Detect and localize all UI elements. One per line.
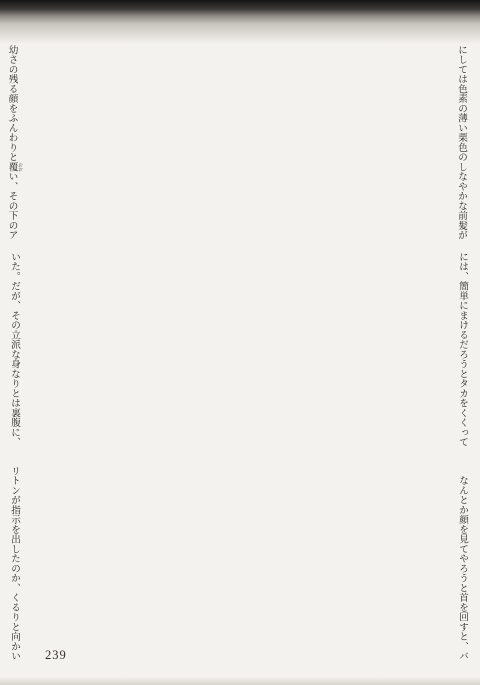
book-page: { "page": { "number": "239", "tiers": [ … (0, 0, 480, 685)
text-column: 幼さの残る顔をふんわりと覆おおい、その下のア (0, 45, 22, 243)
text-tier-2: には、簡単にまけるだろうとタカをくくっていた。だが、その立派な身なりとは裏腹に、… (22, 252, 470, 450)
text-column: いた。だが、その立派な身なりとは裏腹に、 (0, 252, 22, 450)
text-column: リトンが指示を出したのか、くるりと向かい (0, 466, 22, 664)
text-tier-3: なんとか顔を見てやろうと首を回すと、バリトンが指示を出したのか、くるりと向かい合… (22, 466, 470, 664)
scan-edge-bottom (0, 677, 480, 685)
text-column: なんとか顔を見てやろうと首を回すと、バ (22, 466, 470, 664)
text-tier-1: にしては色素の薄い栗色のしなやかな前髪が幼さの残る顔をふんわりと覆おおい、その下… (22, 45, 470, 243)
text-column: にしては色素の薄い栗色のしなやかな前髪が (22, 45, 470, 243)
scan-edge-top (0, 0, 480, 46)
text-column: には、簡単にまけるだろうとタカをくくって (22, 252, 470, 450)
page-number: 239 (45, 648, 67, 663)
